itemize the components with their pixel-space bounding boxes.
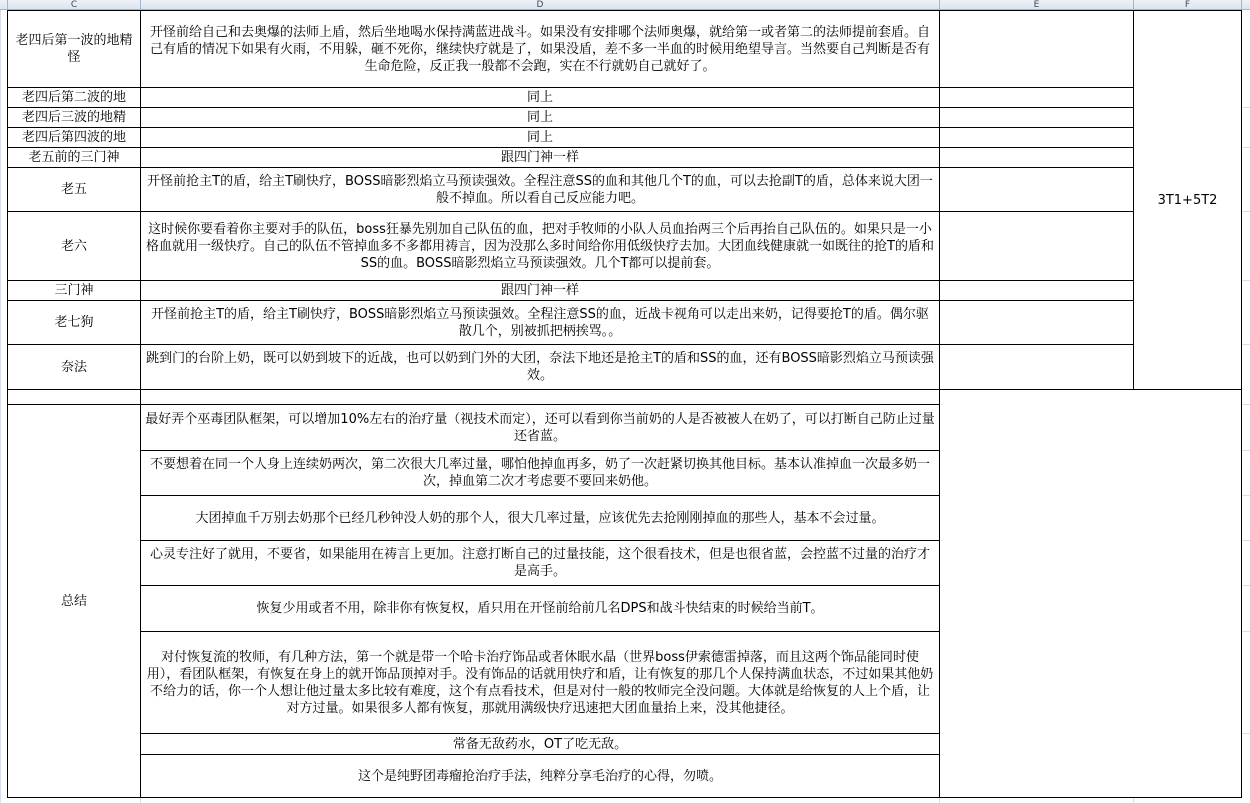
cell-summary-item[interactable]: 常备无敌药水，OT了吃无敌。	[140, 733, 940, 755]
gridline	[1242, 211, 1250, 212]
cell-boss-name[interactable]: 老六	[7, 211, 141, 281]
cell-e[interactable]	[939, 300, 1134, 345]
cell-summary-item[interactable]: 最好弄个巫毒团队框架，可以增加10%左右的治疗量（视技术而定），还可以看到你当前…	[140, 404, 940, 451]
cell-boss-name[interactable]: 三门神	[7, 280, 141, 301]
boss-name: 老四后第四波的地	[12, 129, 136, 146]
team-comp: 3T1+5T2	[1138, 192, 1237, 209]
cell-e[interactable]	[939, 344, 1134, 390]
cell-boss-note[interactable]: 跟四门神一样	[140, 280, 940, 301]
cell-boss-note[interactable]: 这时候你要看着你主要对手的队伍，boss狂暴先别加自己队伍的血，把对手牧师的小队…	[140, 211, 940, 281]
boss-note: 开怪前抢主T的盾，给主T刷快疗，BOSS暗影烈焰立马预读强效。全程注意SS的血和…	[145, 173, 935, 207]
gridline	[1242, 404, 1250, 405]
column-header-d[interactable]: D	[141, 0, 940, 10]
cell-boss-note[interactable]: 同上	[140, 127, 940, 148]
boss-note: 跳到门的台阶上奶，既可以奶到坡下的近战，也可以奶到门外的大团，奈法下地还是抢主T…	[145, 350, 935, 384]
cell-boss-name[interactable]: 老四后第四波的地	[7, 127, 141, 148]
cell-summary-item[interactable]: 恢复少用或者不用，除非你有恢复权，盾只用在开怪前给前几名DPS和战斗快结束的时候…	[140, 585, 940, 632]
summary-item: 心灵专注好了就用，不要省，如果能用在祷言上更加。注意打断自己的过量技能，这个很看…	[145, 546, 935, 580]
column-header-e[interactable]: E	[940, 0, 1134, 10]
cell-summary-item[interactable]: 心灵专注好了就用，不要省，如果能用在祷言上更加。注意打断自己的过量技能，这个很看…	[140, 540, 940, 586]
cell-e[interactable]	[939, 127, 1134, 148]
boss-note: 跟四门神一样	[145, 282, 935, 299]
boss-name: 老四后第二波的地	[12, 89, 136, 106]
cell-e[interactable]	[939, 211, 1134, 281]
cell-team-comp[interactable]: 3T1+5T2	[1133, 10, 1242, 390]
boss-note: 同上	[145, 89, 935, 106]
gridline	[1242, 540, 1250, 541]
boss-name: 老六	[12, 238, 136, 255]
summary-item: 对付恢复流的牧师，有几种方法，第一个就是带一个哈卡治疗饰品或者休眠水晶（世界bo…	[145, 649, 935, 717]
cell-boss-note[interactable]: 开怪前抢主T的盾，给主T刷快疗，BOSS暗影烈焰立马预读强效。全程注意SS的血和…	[140, 167, 940, 212]
cell-empty[interactable]	[140, 389, 940, 405]
column-header-g[interactable]	[1242, 0, 1250, 10]
cell-boss-note[interactable]: 同上	[140, 87, 940, 108]
boss-note: 开怪前给自己和去奥爆的法师上盾，然后坐地喝水保持满蓝进战斗。如果没有安排哪个法师…	[145, 24, 935, 75]
gridline	[0, 10, 1, 803]
cell-e[interactable]	[939, 280, 1134, 301]
column-header-c[interactable]: C	[8, 0, 141, 10]
cell-summary-item[interactable]: 大团掉血千万别去奶那个已经几秒钟没人奶的那个人，很大几率过量，应该优先去抢刚刚掉…	[140, 495, 940, 541]
cell-boss-note[interactable]: 跟四门神一样	[140, 147, 940, 168]
summary-item: 恢复少用或者不用，除非你有恢复权，盾只用在开怪前给前几名DPS和战斗快结束的时候…	[145, 600, 935, 617]
boss-note: 同上	[145, 109, 935, 126]
boss-note: 跟四门神一样	[145, 149, 935, 166]
cell-e[interactable]	[939, 87, 1134, 108]
boss-name: 老四后三波的地精	[12, 109, 136, 126]
cell-e[interactable]	[939, 147, 1134, 168]
gridline	[1242, 631, 1250, 632]
cell-summary-item[interactable]: 这个是纯野团毒瘤抢治疗手法，纯粹分享毛治疗的心得，勿喷。	[140, 754, 940, 798]
gridline	[1242, 585, 1250, 586]
cell-boss-note[interactable]: 跳到门的台阶上奶，既可以奶到坡下的近战，也可以奶到门外的大团，奈法下地还是抢主T…	[140, 344, 940, 390]
boss-name: 老五	[12, 181, 136, 198]
summary-item: 不要想着在同一个人身上连续奶两次，第二次很大几率过量，哪怕他掉血再多，奶了一次赶…	[145, 456, 935, 490]
cell-e[interactable]	[939, 10, 1134, 88]
gridline	[1242, 147, 1250, 148]
boss-name: 老七狗	[12, 314, 136, 331]
column-header-f[interactable]: F	[1134, 0, 1242, 10]
boss-name: 奈法	[12, 359, 136, 376]
cell-boss-name[interactable]: 老七狗	[7, 300, 141, 345]
cell-boss-note[interactable]: 开怪前给自己和去奥爆的法师上盾，然后坐地喝水保持满蓝进战斗。如果没有安排哪个法师…	[140, 10, 940, 88]
cell-e[interactable]	[939, 167, 1134, 212]
cell-boss-note[interactable]: 开怪前抢主T的盾，给主T刷快疗，BOSS暗影烈焰立马预读强效。全程注意SS的血，…	[140, 300, 940, 345]
cell-boss-name[interactable]: 老四后三波的地精	[7, 107, 141, 128]
boss-name: 老四后第一波的地精怪	[12, 32, 136, 66]
gridline	[1242, 280, 1250, 281]
boss-note: 同上	[145, 129, 935, 146]
cell-e[interactable]	[939, 107, 1134, 128]
cell-summary-item[interactable]: 不要想着在同一个人身上连续奶两次，第二次很大几率过量，哪怕他掉血再多，奶了一次赶…	[140, 450, 940, 496]
summary-label: 总结	[12, 593, 136, 610]
cell-summary-item[interactable]: 对付恢复流的牧师，有几种方法，第一个就是带一个哈卡治疗饰品或者休眠水晶（世界bo…	[140, 631, 940, 734]
boss-name: 三门神	[12, 282, 136, 299]
row-header-corner	[0, 0, 8, 10]
cell-empty[interactable]	[7, 389, 141, 405]
cell-boss-name[interactable]: 老四后第一波的地精怪	[7, 10, 141, 88]
summary-item: 大团掉血千万别去奶那个已经几秒钟没人奶的那个人，很大几率过量，应该优先去抢刚刚掉…	[145, 510, 935, 527]
cell-summary-side[interactable]	[939, 389, 1242, 798]
boss-note: 这时候你要看着你主要对手的队伍，boss狂暴先别加自己队伍的血，把对手牧师的小队…	[145, 221, 935, 272]
boss-name: 老五前的三门神	[12, 149, 136, 166]
gridline	[1242, 107, 1250, 108]
gridline	[1242, 344, 1250, 345]
cell-boss-note[interactable]: 同上	[140, 107, 940, 128]
summary-item: 常备无敌药水，OT了吃无敌。	[145, 736, 935, 753]
gridline	[1242, 733, 1250, 734]
summary-item: 这个是纯野团毒瘤抢治疗手法，纯粹分享毛治疗的心得，勿喷。	[145, 768, 935, 785]
cell-boss-name[interactable]: 老五	[7, 167, 141, 212]
gridline	[1242, 450, 1250, 451]
boss-note: 开怪前抢主T的盾，给主T刷快疗，BOSS暗影烈焰立马预读强效。全程注意SS的血，…	[145, 306, 935, 340]
summary-item: 最好弄个巫毒团队框架，可以增加10%左右的治疗量（视技术而定），还可以看到你当前…	[145, 411, 935, 445]
gridline	[1242, 495, 1250, 496]
cell-boss-name[interactable]: 老四后第二波的地	[7, 87, 141, 108]
cell-boss-name[interactable]: 奈法	[7, 344, 141, 390]
cell-boss-name[interactable]: 老五前的三门神	[7, 147, 141, 168]
cell-summary-label[interactable]: 总结	[7, 404, 141, 798]
